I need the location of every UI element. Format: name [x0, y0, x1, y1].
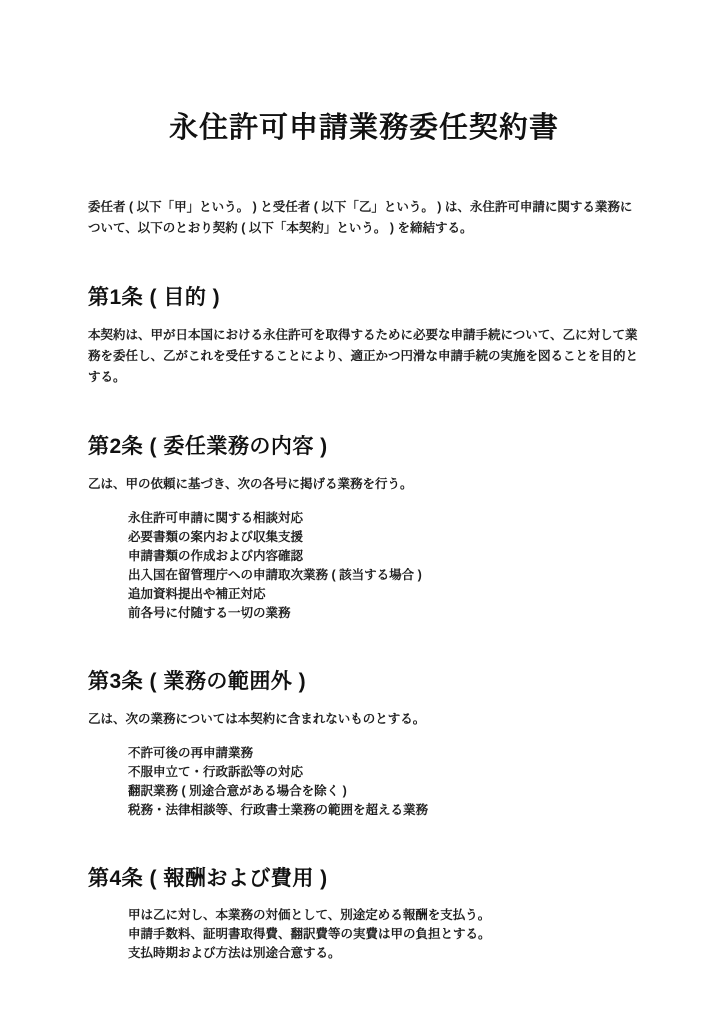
list-item: 申請手数料、証明書取得費、翻訳費等の実費は甲の負担とする。	[128, 925, 640, 944]
article-3-item-list: 不許可後の再申請業務不服申立て・行政訴訟等の対応翻訳業務 ( 別途合意がある場合…	[88, 744, 640, 820]
list-item: 不服申立て・行政訴訟等の対応	[128, 763, 640, 782]
list-item: 翻訳業務 ( 別途合意がある場合を除く )	[128, 782, 640, 801]
list-item: 甲は乙に対し、本業務の対価として、別途定める報酬を支払う。	[128, 906, 640, 925]
list-item: 不許可後の再申請業務	[128, 744, 640, 763]
article-3-body: 乙は、次の業務については本契約に含まれないものとする。	[88, 709, 640, 730]
article-4-heading: 第4条 ( 報酬および費用 )	[88, 865, 640, 892]
article-1-body: 本契約は、甲が日本国における永住許可を取得するために必要な申請手続について、乙に…	[88, 325, 640, 388]
article-3-heading: 第3条 ( 業務の範囲外 )	[88, 668, 640, 695]
list-item: 申請書類の作成および内容確認	[128, 547, 640, 566]
list-item: 必要書類の案内および収集支援	[128, 528, 640, 547]
list-item: 永住許可申請に関する相談対応	[128, 509, 640, 528]
list-item: 出入国在留管理庁への申請取次業務 ( 該当する場合 )	[128, 566, 640, 585]
section-article-2: 第2条 ( 委任業務の内容 ) 乙は、甲の依頼に基づき、次の各号に掲げる業務を行…	[88, 433, 640, 623]
article-2-heading: 第2条 ( 委任業務の内容 )	[88, 433, 640, 460]
article-2-body: 乙は、甲の依頼に基づき、次の各号に掲げる業務を行う。	[88, 474, 640, 495]
contract-document-page: 永住許可申請業務委任契約書 委任者 ( 以下「甲」という。 ) と受任者 ( 以…	[0, 0, 724, 1024]
section-article-1: 第1条 ( 目的 ) 本契約は、甲が日本国における永住許可を取得するために必要な…	[88, 284, 640, 388]
article-2-item-list: 永住許可申請に関する相談対応必要書類の案内および収集支援申請書類の作成および内容…	[88, 509, 640, 623]
list-item: 追加資料提出や補正対応	[128, 585, 640, 604]
section-article-4: 第4条 ( 報酬および費用 ) 甲は乙に対し、本業務の対価として、別途定める報酬…	[88, 865, 640, 963]
list-item: 支払時期および方法は別途合意する。	[128, 944, 640, 963]
section-article-3: 第3条 ( 業務の範囲外 ) 乙は、次の業務については本契約に含まれないものとす…	[88, 668, 640, 820]
document-title: 永住許可申請業務委任契約書	[88, 0, 640, 147]
list-item: 税務・法律相談等、行政書士業務の範囲を超える業務	[128, 801, 640, 820]
article-1-heading: 第1条 ( 目的 )	[88, 284, 640, 311]
list-item: 前各号に付随する一切の業務	[128, 604, 640, 623]
intro-paragraph: 委任者 ( 以下「甲」という。 ) と受任者 ( 以下「乙」という。 ) は、永…	[88, 197, 640, 239]
article-4-item-list: 甲は乙に対し、本業務の対価として、別途定める報酬を支払う。申請手数料、証明書取得…	[88, 906, 640, 963]
